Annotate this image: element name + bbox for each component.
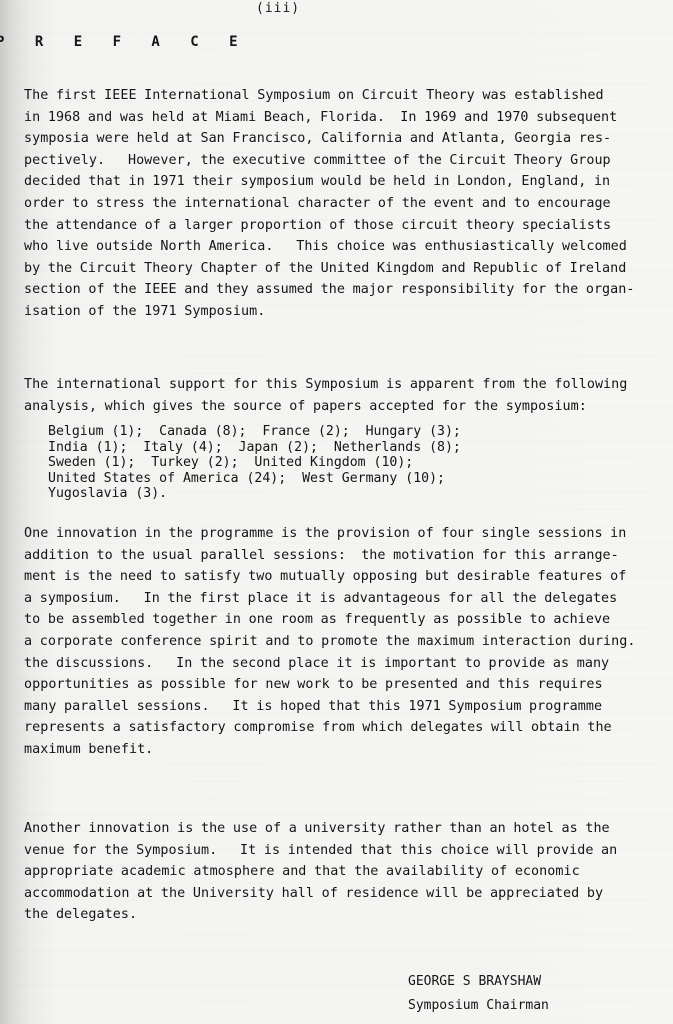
- paragraph-line: opportunities as possible for new work t…: [24, 674, 654, 696]
- paragraph-line: the delegates.: [24, 904, 654, 926]
- paragraph-line: analysis, which gives the source of pape…: [24, 396, 654, 418]
- paragraph-line: venue for the Symposium. It is intended …: [24, 840, 654, 862]
- signature-block: GEORGE S BRAYSHAW Symposium Chairman: [408, 970, 549, 1018]
- country-list-line: Sweden (1); Turkey (2); United Kingdom (…: [48, 455, 461, 471]
- country-paper-list: Belgium (1); Canada (8); France (2); Hun…: [48, 424, 461, 502]
- signatory-name: GEORGE S BRAYSHAW: [408, 970, 549, 994]
- paragraph-single-sessions: One innovation in the programme is the p…: [24, 523, 654, 761]
- paragraph-line: ment is the need to satisfy two mutually…: [24, 566, 654, 588]
- paragraph-line: Another innovation is the use of a unive…: [24, 818, 654, 840]
- paragraph-line: to be assembled together in one room as …: [24, 609, 654, 631]
- paragraph-line: isation of the 1971 Symposium.: [24, 301, 654, 323]
- paragraph-line: section of the IEEE and they assumed the…: [24, 279, 654, 301]
- document-page: (iii) P R E F A C E The first IEEE Inter…: [0, 0, 673, 1024]
- paragraph-line: accommodation at the University hall of …: [24, 883, 654, 905]
- paragraph-line: many parallel sessions. It is hoped that…: [24, 696, 654, 718]
- paragraph-line: pectively. However, the executive commit…: [24, 150, 654, 172]
- country-list-line: India (1); Italy (4); Japan (2); Netherl…: [48, 440, 461, 456]
- page-number: (iii): [256, 1, 300, 16]
- paragraph-line: a symposium. In the first place it is ad…: [24, 588, 654, 610]
- country-list-line: Belgium (1); Canada (8); France (2); Hun…: [48, 424, 461, 440]
- country-list-line: Yugoslavia (3).: [48, 486, 461, 502]
- paragraph-history: The first IEEE International Symposium o…: [24, 85, 654, 323]
- paragraph-line: in 1968 and was held at Miami Beach, Flo…: [24, 107, 654, 129]
- paragraph-line: the attendance of a larger proportion of…: [24, 215, 654, 237]
- paragraph-international-support: The international support for this Sympo…: [24, 374, 654, 417]
- paragraph-line: who live outside North America. This cho…: [24, 236, 654, 258]
- paragraph-line: represents a satisfactory compromise fro…: [24, 717, 654, 739]
- paragraph-line: addition to the usual parallel sessions:…: [24, 545, 654, 567]
- paragraph-line: appropriate academic atmosphere and that…: [24, 861, 654, 883]
- paragraph-line: One innovation in the programme is the p…: [24, 523, 654, 545]
- country-list-line: United States of America (24); West Germ…: [48, 471, 461, 487]
- paragraph-line: by the Circuit Theory Chapter of the Uni…: [24, 258, 654, 280]
- paragraph-line: The first IEEE International Symposium o…: [24, 85, 654, 107]
- paragraph-line: the discussions. In the second place it …: [24, 653, 654, 675]
- page-title: P R E F A C E: [0, 34, 249, 50]
- paragraph-line: symposia were held at San Francisco, Cal…: [24, 128, 654, 150]
- paragraph-line: a corporate conference spirit and to pro…: [24, 631, 654, 653]
- paragraph-line: decided that in 1971 their symposium wou…: [24, 171, 654, 193]
- paragraph-line: The international support for this Sympo…: [24, 374, 654, 396]
- signatory-title: Symposium Chairman: [408, 994, 549, 1018]
- paragraph-line: order to stress the international charac…: [24, 193, 654, 215]
- paragraph-university-venue: Another innovation is the use of a unive…: [24, 818, 654, 926]
- paragraph-line: maximum benefit.: [24, 739, 654, 761]
